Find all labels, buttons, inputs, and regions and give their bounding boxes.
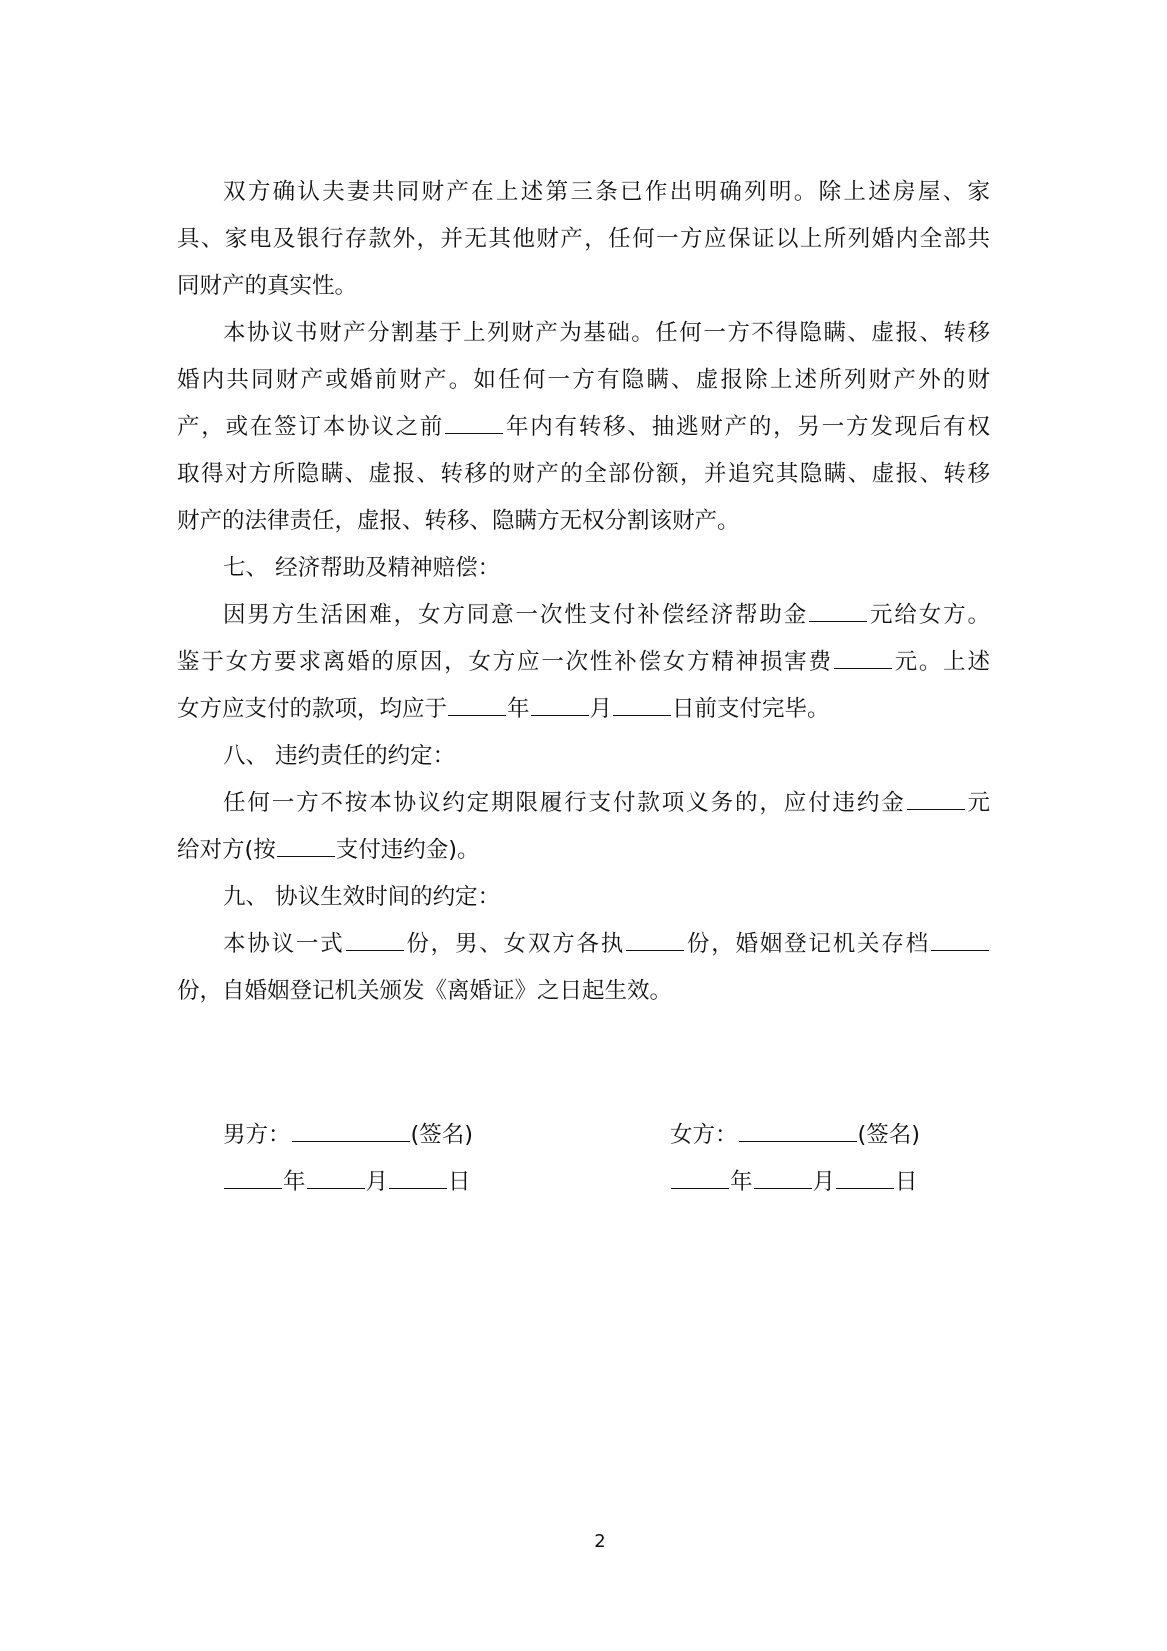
- text: 女方应支付的款项，均应于: [177, 696, 447, 722]
- male-date-month-field[interactable]: [307, 1166, 365, 1189]
- text: 本协议一式: [223, 931, 345, 957]
- text: 财产的法律责任，虚报、转移、隐瞒方无权分割该财产。: [177, 508, 740, 534]
- day-label: 日: [448, 1169, 471, 1195]
- text: 产，或在签订本协议之前: [177, 414, 444, 440]
- heading-text: 九、 协议生效时间的约定：: [223, 884, 500, 910]
- text: 给对方(按: [177, 837, 276, 863]
- fill-blank-penalty-basis[interactable]: [277, 834, 335, 857]
- text: 双方确认夫妻共同财产在上述第三条已作出明确列明。除上述房屋、家: [223, 179, 990, 205]
- text: 年: [507, 696, 530, 722]
- fill-blank-compensation-amount[interactable]: [834, 646, 892, 669]
- text: 取得对方所隐瞒、虚报、转移的财产的全部份额，并追究其隐瞒、虚报、转移: [177, 461, 990, 487]
- paragraph-line: 任何一方不按本协议约定期限履行支付款项义务的，应付违约金元: [223, 786, 990, 820]
- fill-blank-total-copies[interactable]: [346, 928, 404, 951]
- section-heading: 九、 协议生效时间的约定：: [223, 880, 990, 914]
- paragraph-line: 取得对方所隐瞒、虚报、转移的财产的全部份额，并追究其隐瞒、虚报、转移: [177, 457, 990, 491]
- heading-text: 七、 经济帮助及精神赔偿：: [223, 555, 500, 581]
- paragraph-line: 因男方生活困难，女方同意一次性支付补偿经济帮助金元给女方。: [223, 598, 990, 632]
- signature-hint: (签名): [411, 1122, 474, 1148]
- day-label: 日: [895, 1169, 918, 1195]
- text: 月: [590, 696, 613, 722]
- paragraph-line: 具、家电及银行存款外，并无其他财产，任何一方应保证以上所列婚内全部共: [177, 222, 990, 256]
- paragraph-line: 本协议一式份，男、女双方各执份，婚姻登记机关存档: [223, 927, 990, 961]
- year-label: 年: [283, 1169, 306, 1195]
- paragraph-line: 女方应支付的款项，均应于年月日前支付完毕。: [177, 692, 990, 726]
- male-date-year-field[interactable]: [224, 1166, 282, 1189]
- fill-blank-penalty-amount[interactable]: [907, 787, 965, 810]
- paragraph-line: 财产的法律责任，虚报、转移、隐瞒方无权分割该财产。: [177, 504, 990, 538]
- fill-blank-month[interactable]: [531, 693, 589, 716]
- paragraph-line: 给对方(按支付违约金)。: [177, 833, 990, 867]
- text: 元。上述: [893, 649, 990, 675]
- signature-hint: (签名): [858, 1122, 921, 1148]
- text: 元给女方。: [868, 602, 990, 628]
- text: 日前支付完毕。: [672, 696, 830, 722]
- text: 份，自婚姻登记机关颁发《离婚证》之日起生效。: [177, 978, 672, 1004]
- female-label: 女方：: [670, 1122, 738, 1148]
- paragraph-line: 份，自婚姻登记机关颁发《离婚证》之日起生效。: [177, 974, 990, 1008]
- female-date-row: 年月日: [670, 1165, 918, 1199]
- text: 元: [966, 790, 990, 816]
- fill-blank-archive-copies[interactable]: [931, 928, 989, 951]
- female-date-month-field[interactable]: [754, 1166, 812, 1189]
- paragraph-line: 本协议书财产分割基于上列财产为基础。任何一方不得隐瞒、虚报、转移: [223, 316, 990, 350]
- text: 因男方生活困难，女方同意一次性支付补偿经济帮助金: [223, 602, 808, 628]
- text: 份，婚姻登记机关存档: [685, 931, 930, 957]
- fill-blank-day[interactable]: [613, 693, 671, 716]
- paragraph-line: 双方确认夫妻共同财产在上述第三条已作出明确列明。除上述房屋、家: [223, 175, 990, 209]
- paragraph-line: 同财产的真实性。: [177, 269, 990, 303]
- section-heading: 八、 违约责任的约定：: [223, 739, 990, 773]
- text: 本协议书财产分割基于上列财产为基础。任何一方不得隐瞒、虚报、转移: [223, 320, 990, 346]
- male-signature-row: 男方：(签名): [223, 1118, 473, 1152]
- text: 年内有转移、抽逃财产的，另一方发现后有权: [504, 414, 990, 440]
- male-label: 男方：: [223, 1122, 291, 1148]
- heading-text: 八、 违约责任的约定：: [223, 743, 455, 769]
- page-number: 2: [580, 1528, 620, 1556]
- paragraph-line: 婚内共同财产或婚前财产。如任何一方有隐瞒、虚报除上述所列财产外的财: [177, 363, 990, 397]
- text: 份，男、女双方各执: [405, 931, 626, 957]
- male-date-day-field[interactable]: [389, 1166, 447, 1189]
- paragraph-line: 鉴于女方要求离婚的原因，女方应一次性补偿女方精神损害费元。上述: [177, 645, 990, 679]
- text: 同财产的真实性。: [177, 273, 357, 299]
- female-date-day-field[interactable]: [836, 1166, 894, 1189]
- male-date-row: 年月日: [223, 1165, 471, 1199]
- month-label: 月: [366, 1169, 389, 1195]
- male-signature-field[interactable]: [292, 1119, 410, 1142]
- fill-blank-assistance-amount[interactable]: [809, 599, 867, 622]
- month-label: 月: [813, 1169, 836, 1195]
- female-date-year-field[interactable]: [671, 1166, 729, 1189]
- fill-blank-years[interactable]: [445, 411, 503, 434]
- text: 婚内共同财产或婚前财产。如任何一方有隐瞒、虚报除上述所列财产外的财: [177, 367, 990, 393]
- text: 鉴于女方要求离婚的原因，女方应一次性补偿女方精神损害费: [177, 649, 833, 675]
- fill-blank-party-copies[interactable]: [626, 928, 684, 951]
- year-label: 年: [730, 1169, 753, 1195]
- paragraph-line: 产，或在签订本协议之前年内有转移、抽逃财产的，另一方发现后有权: [177, 410, 990, 444]
- text: 任何一方不按本协议约定期限履行支付款项义务的，应付违约金: [223, 790, 906, 816]
- fill-blank-year[interactable]: [448, 693, 506, 716]
- text: 支付违约金)。: [336, 837, 480, 863]
- document-page: 双方确认夫妻共同财产在上述第三条已作出明确列明。除上述房屋、家 具、家电及银行存…: [0, 0, 1167, 1651]
- female-signature-row: 女方：(签名): [670, 1118, 920, 1152]
- text: 具、家电及银行存款外，并无其他财产，任何一方应保证以上所列婚内全部共: [177, 226, 990, 252]
- female-signature-field[interactable]: [739, 1119, 857, 1142]
- section-heading: 七、 经济帮助及精神赔偿：: [223, 551, 990, 585]
